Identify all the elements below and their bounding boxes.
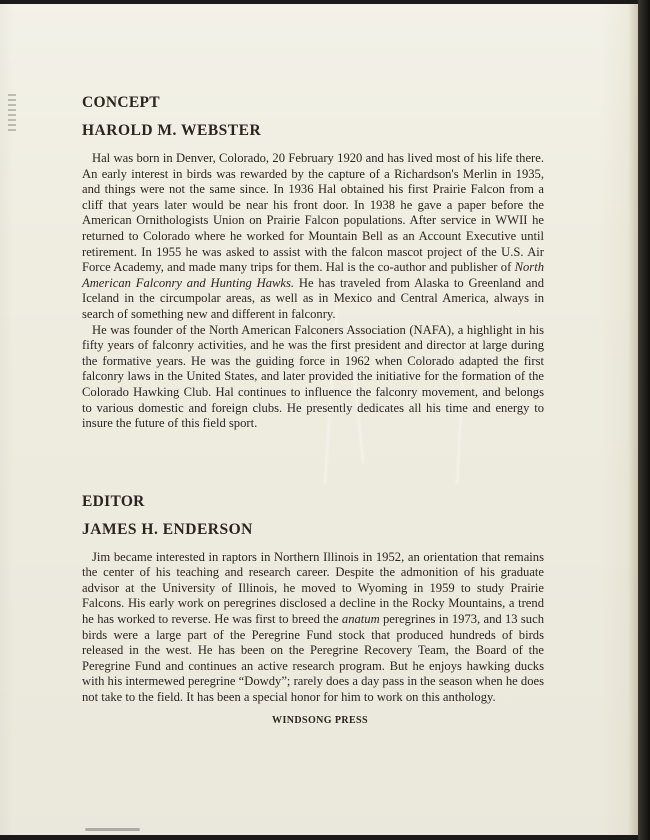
bio-text: Jim became interested in raptors in Nort…	[82, 550, 544, 706]
bio-content: CONCEPT HAROLD M. WEBSTER Hal was born i…	[82, 93, 544, 706]
cover-stain	[85, 828, 140, 831]
section-label: EDITOR	[82, 492, 544, 512]
publisher-imprint: WINDSONG PRESS	[0, 715, 640, 726]
editor-section: EDITOR JAMES H. ENDERSON Jim became inte…	[82, 492, 544, 706]
person-name: JAMES H. ENDERSON	[82, 520, 544, 540]
book-back-cover: CONCEPT HAROLD M. WEBSTER Hal was born i…	[0, 4, 640, 835]
section-label: CONCEPT	[82, 93, 544, 113]
species-name: anatum	[342, 612, 380, 626]
person-name: HAROLD M. WEBSTER	[82, 121, 544, 141]
margin-wear-mark	[8, 94, 16, 134]
concept-section: CONCEPT HAROLD M. WEBSTER Hal was born i…	[82, 93, 544, 432]
bio-paragraph: He was founder of the North American Fal…	[82, 323, 544, 432]
bio-paragraph: Hal was born in Denver, Colorado, 20 Feb…	[82, 151, 544, 323]
bio-paragraph: Jim became interested in raptors in Nort…	[82, 550, 544, 706]
book-edge-shadow	[638, 0, 650, 840]
bio-text: Hal was born in Denver, Colorado, 20 Feb…	[82, 151, 544, 432]
